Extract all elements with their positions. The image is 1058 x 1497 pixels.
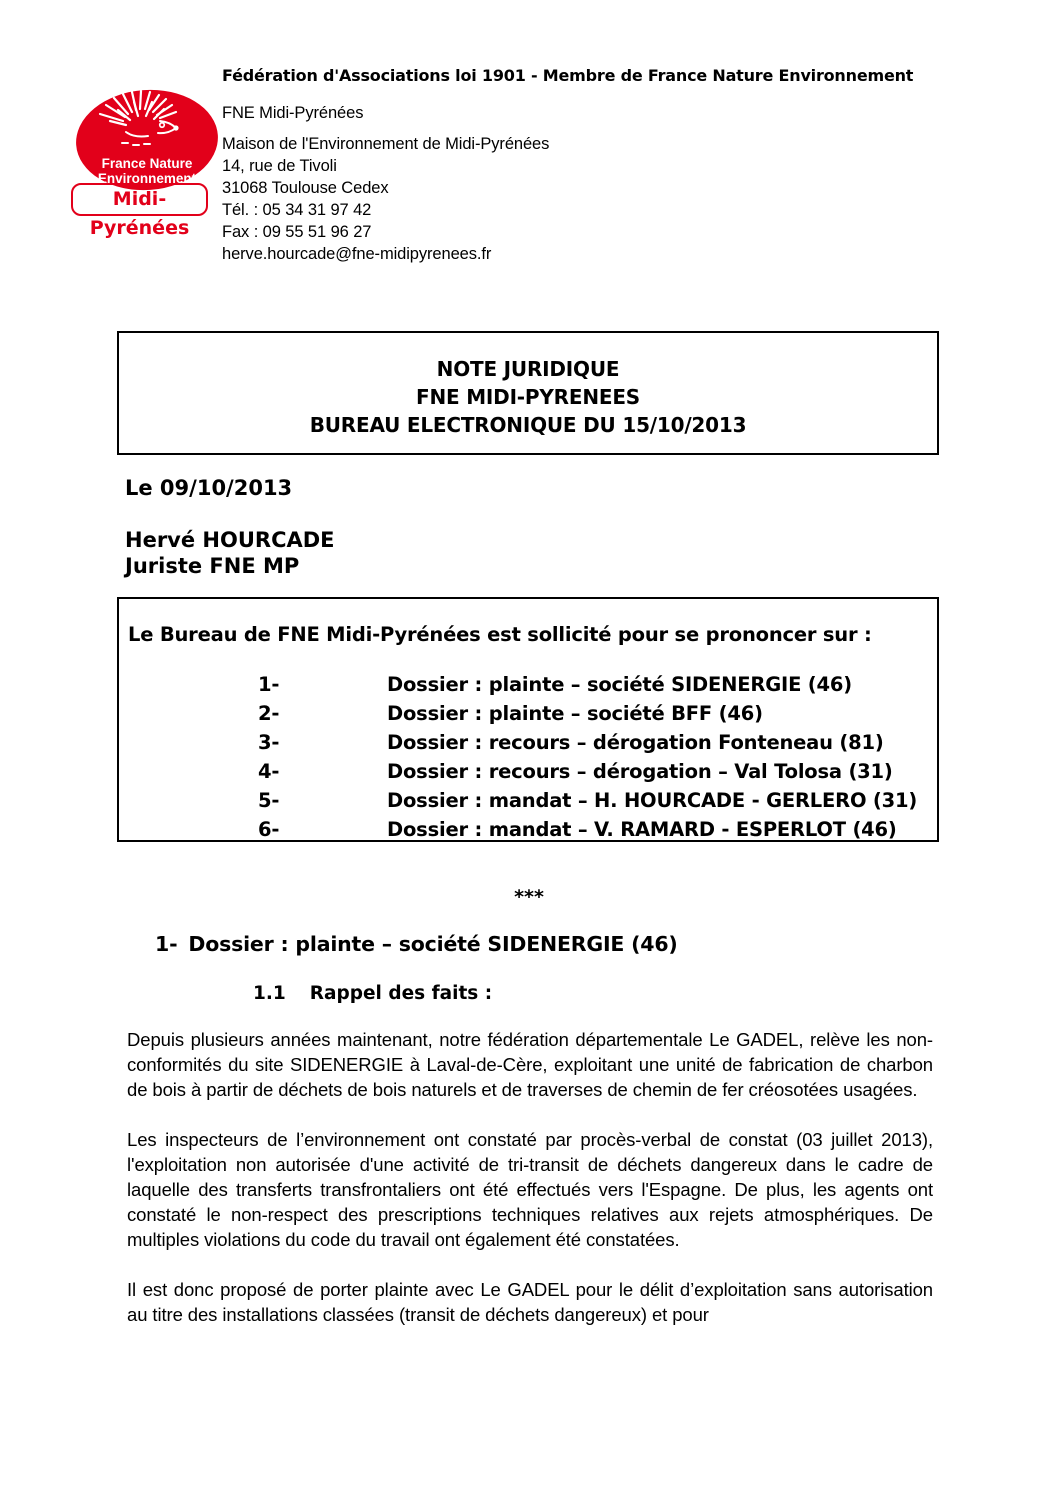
agenda-item-number: 2-: [119, 699, 387, 728]
author-block: Hervé HOURCADE Juriste FNE MP: [125, 527, 335, 579]
contact-address-line: 31068 Toulouse Cedex: [222, 177, 549, 199]
agenda-item-number: 5-: [119, 786, 387, 815]
fne-hedgehog-icon: France Nature Environnement: [70, 88, 220, 220]
sub-heading-number: 1.1: [253, 983, 286, 1004]
agenda-item-text: Dossier : mandat – V. RAMARD - ESPERLOT …: [387, 815, 897, 844]
agenda-item: 5- Dossier : mandat – H. HOURCADE - GERL…: [119, 786, 937, 815]
agenda-item-text: Dossier : recours – dérogation – Val Tol…: [387, 757, 893, 786]
fne-logo: France Nature Environnement Midi-Pyrénée…: [70, 88, 220, 220]
document-page: Fédération d'Associations loi 1901 - Mem…: [0, 0, 1058, 1497]
paragraph-facts-2: Les inspecteurs de l’environnement ont c…: [127, 1127, 933, 1252]
section-separator: ***: [0, 886, 1058, 908]
contact-address-line: 14, rue de Tivoli: [222, 155, 549, 177]
contact-org: FNE Midi-Pyrénées: [222, 102, 549, 124]
contact-email: herve.hourcade@fne-midipyrenees.fr: [222, 243, 549, 265]
section-heading-text: Dossier : plainte – société SIDENERGIE (…: [188, 932, 677, 956]
paragraph-proposal: Il est donc proposé de porter plainte av…: [127, 1277, 933, 1327]
agenda-item-text: Dossier : plainte – société BFF (46): [387, 699, 763, 728]
agenda-item-number: 4-: [119, 757, 387, 786]
author-role: Juriste FNE MP: [125, 553, 335, 579]
contact-block: FNE Midi-Pyrénées Maison de l'Environnem…: [222, 102, 549, 265]
agenda-item: 2- Dossier : plainte – société BFF (46): [119, 699, 937, 728]
agenda-item-number: 1-: [119, 670, 387, 699]
body-text: Depuis plusieurs années maintenant, notr…: [127, 1027, 933, 1352]
contact-phone: Tél. : 05 34 31 97 42: [222, 199, 549, 221]
contact-fax: Fax : 09 55 51 96 27: [222, 221, 549, 243]
section-heading: 1- Dossier : plainte – société SIDENERGI…: [155, 932, 678, 956]
agenda-box: Le Bureau de FNE Midi-Pyrénées est solli…: [117, 597, 939, 842]
logo-org-line2: Environnement: [98, 171, 197, 186]
agenda-item-number: 3-: [119, 728, 387, 757]
agenda-item: 1- Dossier : plainte – société SIDENERGI…: [119, 670, 937, 699]
agenda-list: 1- Dossier : plainte – société SIDENERGI…: [119, 670, 937, 844]
sub-heading-text: Rappel des faits :: [310, 983, 492, 1004]
agenda-item: 4- Dossier : recours – dérogation – Val …: [119, 757, 937, 786]
agenda-item: 3- Dossier : recours – dérogation Fonten…: [119, 728, 937, 757]
paragraph-facts-1: Depuis plusieurs années maintenant, notr…: [127, 1027, 933, 1102]
agenda-item: 6- Dossier : mandat – V. RAMARD - ESPERL…: [119, 815, 937, 844]
logo-org-line1: France Nature: [102, 156, 193, 171]
federation-header-line: Fédération d'Associations loi 1901 - Mem…: [222, 66, 922, 85]
note-title-line1: NOTE JURIDIQUE: [119, 355, 937, 383]
agenda-item-text: Dossier : recours – dérogation Fonteneau…: [387, 728, 884, 757]
agenda-item-text: Dossier : plainte – société SIDENERGIE (…: [387, 670, 852, 699]
document-date: Le 09/10/2013: [125, 476, 292, 500]
section-heading-number: 1-: [155, 932, 177, 956]
note-title-line2: FNE MIDI-PYRENEES: [119, 383, 937, 411]
contact-address-line: Maison de l'Environnement de Midi-Pyréné…: [222, 133, 549, 155]
note-title-line3: BUREAU ELECTRONIQUE DU 15/10/2013: [119, 411, 937, 439]
note-title-box: NOTE JURIDIQUE FNE MIDI-PYRENEES BUREAU …: [117, 331, 939, 455]
agenda-intro: Le Bureau de FNE Midi-Pyrénées est solli…: [128, 623, 929, 646]
agenda-item-number: 6-: [119, 815, 387, 844]
sub-heading: 1.1 Rappel des faits :: [253, 983, 492, 1004]
author-name: Hervé HOURCADE: [125, 527, 335, 553]
agenda-item-text: Dossier : mandat – H. HOURCADE - GERLERO…: [387, 786, 917, 815]
